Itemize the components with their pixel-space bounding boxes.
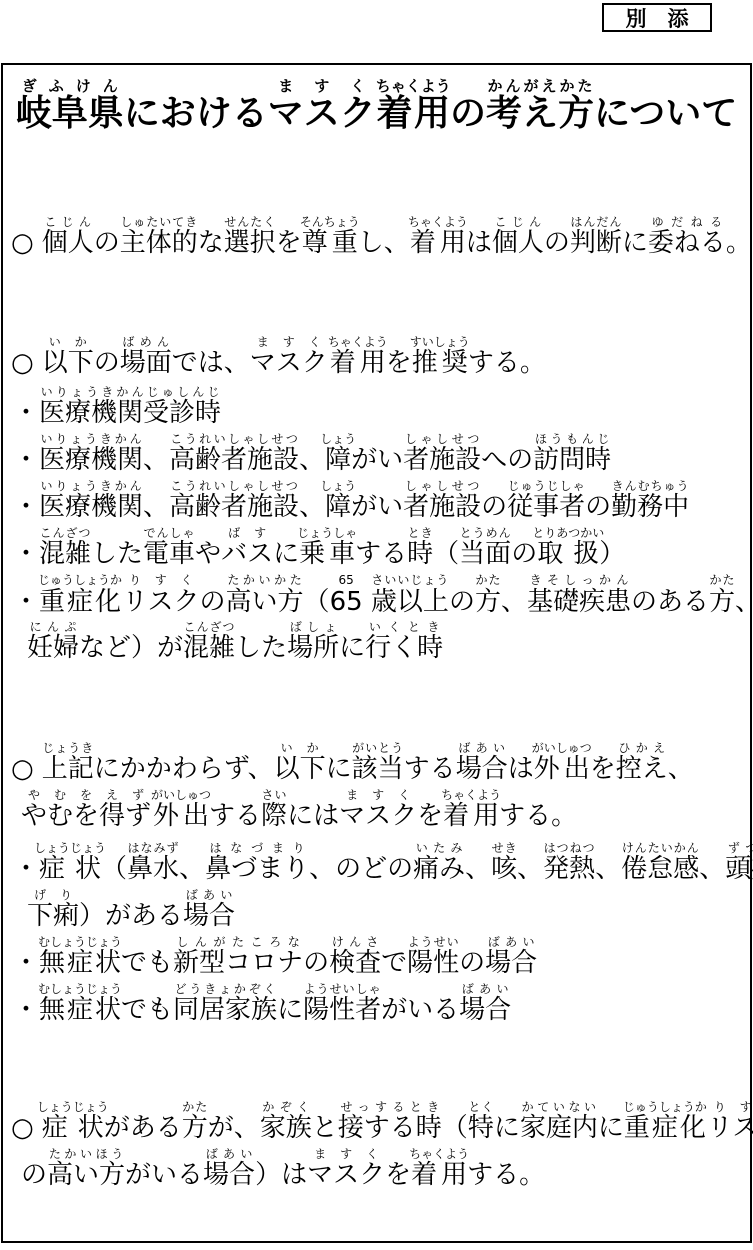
section-symptomatic-family-contact: ○症状しょうじょうがある方かたが、家族かぞくと接する時せっするとき（特とくに家庭… xyxy=(3,1100,750,1194)
plain-text: は xyxy=(466,228,492,258)
plain-text: など）が xyxy=(79,633,183,663)
ruby-text: 上記じょうき xyxy=(42,754,94,784)
ruby-text: 着用ちゃくよう xyxy=(443,801,499,831)
plain-text: ）は xyxy=(255,1160,307,1190)
ruby-text: マスクますく xyxy=(268,93,376,134)
plain-text: がある xyxy=(104,1113,182,1143)
plain-text: でも xyxy=(121,995,173,1025)
ruby-text: 以下いか xyxy=(42,348,94,378)
plain-text: に xyxy=(494,1113,520,1143)
ruby-text: 主体的しゅたいてき xyxy=(120,228,198,258)
plain-text: について xyxy=(594,93,737,134)
plain-text: （ xyxy=(101,854,127,884)
ruby-text: 基礎疾患きそしっかん xyxy=(527,587,631,617)
plain-text: （ xyxy=(433,539,459,569)
plain-text: の xyxy=(94,348,120,378)
ruby-text: 者施設しゃしせつ xyxy=(403,445,481,475)
dot-bullet-marker: ・ xyxy=(13,539,39,569)
circle-bullet-marker: ○ xyxy=(11,754,34,784)
ruby-text: 者施設しゃしせつ xyxy=(403,492,481,522)
ruby-text: 痛みいたみ xyxy=(413,854,465,884)
ruby-text: 家族かぞく xyxy=(260,1113,312,1143)
plain-text: の xyxy=(481,492,507,522)
plain-text: し、 xyxy=(358,228,410,258)
plain-text: 、 xyxy=(668,754,694,784)
text-line: 下痢げり）がある場合ばあい xyxy=(3,888,750,935)
text-line: ・医療機関いりょうきかん、高齢者施設こうれいしゃしせつ、障しょうがい者施設しゃし… xyxy=(3,479,750,526)
plain-text: がい xyxy=(351,492,403,522)
ruby-text: 医療機関いりょうきかん xyxy=(39,445,143,475)
text-line: ・医療機関いりょうきかん、高齢者施設こうれいしゃしせつ、障しょうがい者施設しゃし… xyxy=(3,432,750,479)
circle-bullet-marker: ○ xyxy=(11,348,34,378)
ruby-text: 着用ちゃくよう xyxy=(411,1160,467,1190)
ruby-text: 考え方かんがえかた xyxy=(486,93,594,134)
plain-text: する。 xyxy=(467,1160,545,1190)
plain-text: ）がある xyxy=(79,901,183,931)
ruby-text: 咳せき xyxy=(491,854,517,884)
circle-bullet-marker: ○ xyxy=(11,1113,34,1143)
section-mask-recommended-items: ・医療機関受診時いりょうきかんじゅしんじ・医療機関いりょうきかん、高齢者施設こう… xyxy=(3,385,750,667)
ruby-text: 無症状むしょうじょう xyxy=(39,948,121,978)
plain-text: の xyxy=(303,948,329,978)
ruby-text: 下痢げり xyxy=(27,901,79,931)
plain-text: 、 xyxy=(735,587,753,617)
ruby-text: 着用ちゃくよう xyxy=(410,228,466,258)
plain-text: で xyxy=(381,948,407,978)
ruby-text: 同居家族どうきょかぞく xyxy=(173,995,277,1025)
dot-bullet-marker: ・ xyxy=(13,587,39,617)
ruby-text: 個人こじん xyxy=(492,228,544,258)
ruby-text: 重症化じゅうしょうか xyxy=(624,1113,707,1143)
ruby-text: 勤務中きんむちゅう xyxy=(611,492,689,522)
ruby-text: リスクりすく xyxy=(122,587,199,617)
plain-text: や xyxy=(195,539,221,569)
plain-text: の xyxy=(200,587,226,617)
plain-text: が、 xyxy=(208,1113,260,1143)
plain-text: した xyxy=(235,633,287,663)
plain-text: （ xyxy=(442,1113,468,1143)
plain-text: に xyxy=(273,539,299,569)
text-line: ・医療機関受診時いりょうきかんじゅしんじ xyxy=(3,385,750,432)
ruby-text: 外出がいしゅつ xyxy=(151,801,209,831)
ruby-text: 陽性者ようせいしゃ xyxy=(303,995,381,1025)
ruby-text: 以下いか xyxy=(274,754,326,784)
circle-bullet-marker: ○ xyxy=(11,228,34,258)
plain-text: における xyxy=(124,93,268,134)
ruby-text: 選択せんたく xyxy=(224,228,276,258)
text-line: ・重症化じゅうしょうかリスクりすくの高い方たかいかた（6565 歳以上さいいじょ… xyxy=(3,573,750,620)
ruby-text: 取扱とりあつかい xyxy=(537,539,599,569)
plain-text: の xyxy=(585,492,611,522)
document-title: 岐阜県ぎふけんにおけるマスクますく着用ちゃくようの考え方かんがえかたについて xyxy=(3,77,750,137)
section-refrain-items: ・症状しょうじょう（鼻水はなみず、鼻づまりはなづまり、のどの痛みいたみ、咳せき、… xyxy=(3,841,750,1029)
ruby-text: 着用ちゃくよう xyxy=(376,93,450,134)
ruby-text: 判断はんだん xyxy=(570,228,622,258)
dot-bullet-marker: ・ xyxy=(13,995,39,1025)
ruby-text: 場所ばしょ xyxy=(287,633,339,663)
ruby-text: 方かた xyxy=(475,587,501,617)
plain-text: がいる xyxy=(381,995,459,1025)
ruby-text: 該当がいとう xyxy=(352,754,404,784)
text-line: ・無症状むしょうじょうでも新型コロナしんがたころなの検査けんさで陽性ようせいの場… xyxy=(3,935,750,982)
ruby-text: 行く時いくとき xyxy=(365,633,443,663)
plain-text: する xyxy=(404,754,456,784)
ruby-text: 混雑こんざつ xyxy=(183,633,235,663)
plain-text: を xyxy=(417,801,443,831)
text-line: ○症状しょうじょうがある方かたが、家族かぞくと接する時せっするとき（特とくに家庭… xyxy=(3,1100,750,1147)
ruby-text: 高齢者施設こうれいしゃしせつ xyxy=(169,445,299,475)
plain-text: では、 xyxy=(172,348,250,378)
ruby-text: 着用ちゃくよう xyxy=(328,348,386,378)
ruby-text: マスクますく xyxy=(250,348,328,378)
plain-text: に xyxy=(277,995,303,1025)
plain-text: 。 xyxy=(726,228,752,258)
plain-text: 、 xyxy=(699,854,725,884)
ruby-text: 6565 xyxy=(330,587,363,617)
text-line: ・無症状むしょうじょうでも同居家族どうきょかぞくに陽性者ようせいしゃがいる場合ば… xyxy=(3,982,750,1029)
plain-text: を xyxy=(276,228,302,258)
ruby-text: 陽性ようせい xyxy=(407,948,459,978)
ruby-text: 方かた xyxy=(709,587,735,617)
ruby-text: 推奨すいしょう xyxy=(412,348,468,378)
plain-text: を xyxy=(590,754,616,784)
ruby-text: 妊婦にんぷ xyxy=(27,633,79,663)
plain-text: 、 xyxy=(465,854,491,884)
ruby-text: 場面ばめん xyxy=(120,348,172,378)
ruby-text: 尊重そんちょう xyxy=(302,228,358,258)
ruby-text: 控えひかえ xyxy=(616,754,668,784)
ruby-text: 高齢者施設こうれいしゃしせつ xyxy=(169,492,299,522)
plain-text: 、 xyxy=(595,854,621,884)
document-content: ○個人こじんの主体的しゅたいてきな選択せんたくを尊重そんちょうし、着用ちゃくよう… xyxy=(3,215,750,1194)
ruby-text: 岐阜県ぎふけん xyxy=(16,93,124,134)
ruby-text: 際さい xyxy=(261,801,287,831)
plain-text: した xyxy=(91,539,143,569)
plain-text: には xyxy=(287,801,339,831)
ruby-text: 高い方たかいほう xyxy=(47,1160,125,1190)
plain-text: がいる xyxy=(125,1160,203,1190)
plain-text: 、 xyxy=(501,587,527,617)
plain-text: でも xyxy=(121,948,173,978)
plain-text: 、 xyxy=(143,445,169,475)
plain-text: に xyxy=(326,754,352,784)
plain-text: な xyxy=(198,228,224,258)
plain-text: の xyxy=(21,1160,47,1190)
ruby-text: 委ねるゆだねる xyxy=(648,228,726,258)
ruby-text: 時とき xyxy=(407,539,433,569)
plain-text: がい xyxy=(351,445,403,475)
plain-text xyxy=(363,587,371,617)
plain-text: の xyxy=(449,587,475,617)
ruby-text: 障しょう xyxy=(325,445,351,475)
ruby-text: 場合ばあい xyxy=(459,995,511,1025)
ruby-text: 新型コロナしんがたころな xyxy=(173,948,303,978)
ruby-text: 場合ばあい xyxy=(183,901,235,931)
ruby-text: 接する時せっするとき xyxy=(338,1113,442,1143)
plain-text: ） xyxy=(599,539,625,569)
ruby-text: 乗車じょうしゃ xyxy=(299,539,355,569)
plain-text: に xyxy=(622,228,648,258)
plain-text: （ xyxy=(304,587,330,617)
ruby-text: 障しょう xyxy=(325,492,351,522)
plain-text: への xyxy=(481,445,533,475)
plain-text: に xyxy=(339,633,365,663)
plain-text: する xyxy=(355,539,407,569)
ruby-text: リスクりすく xyxy=(707,1113,753,1143)
plain-text: の xyxy=(450,93,486,134)
ruby-text: マスクますく xyxy=(339,801,417,831)
text-line: の高い方たかいほうがいる場合ばあい）はマスクますくを着用ちゃくようする。 xyxy=(3,1147,750,1194)
plain-text: 、のどの xyxy=(309,854,413,884)
text-line: やむを得ずやむをえず外出がいしゅつする際さいにはマスクますくを着用ちゃくようする… xyxy=(3,788,750,835)
ruby-text: バスばす xyxy=(221,539,273,569)
plain-text: にかかわらず、 xyxy=(94,754,274,784)
document-border-box: 岐阜県ぎふけんにおけるマスクますく着用ちゃくようの考え方かんがえかたについて ○… xyxy=(1,63,752,1243)
ruby-text: 個人こじん xyxy=(42,228,94,258)
text-line: ○上記じょうきにかかわらず、以下いかに該当がいとうする場合ばあいは外出がいしゅつ… xyxy=(3,741,750,788)
plain-text: の xyxy=(94,228,120,258)
ruby-text: 従事者じゅうじしゃ xyxy=(507,492,585,522)
dot-bullet-marker: ・ xyxy=(13,445,39,475)
plain-text: は xyxy=(508,754,534,784)
ruby-text: 当面とうめん xyxy=(459,539,511,569)
ruby-text: 重症化じゅうしょうか xyxy=(39,587,122,617)
plain-text: を xyxy=(385,1160,411,1190)
text-line: ○以下いかの場面ばめんでは、マスクますく着用ちゃくようを推奨すいしょうする。 xyxy=(3,335,750,382)
ruby-text: 訪問時ほうもんじ xyxy=(533,445,611,475)
dot-bullet-marker: ・ xyxy=(13,398,39,428)
ruby-text: 症状しょうじょう xyxy=(39,854,101,884)
section-refrain-going-out: ○上記じょうきにかかわらず、以下いかに該当がいとうする場合ばあいは外出がいしゅつ… xyxy=(3,741,750,835)
plain-text: 、 xyxy=(179,854,205,884)
ruby-text: 高い方たかいかた xyxy=(226,587,304,617)
ruby-text: 方かた xyxy=(182,1113,208,1143)
text-line: ・症状しょうじょう（鼻水はなみず、鼻づまりはなづまり、のどの痛みいたみ、咳せき、… xyxy=(3,841,750,888)
ruby-text: 検査けんさ xyxy=(329,948,381,978)
ruby-text: 症状しょうじょう xyxy=(42,1113,104,1143)
plain-text: 、 xyxy=(517,854,543,884)
ruby-text: マスクますく xyxy=(307,1160,385,1190)
ruby-text: 鼻づまりはなづまり xyxy=(205,854,309,884)
plain-text: する。 xyxy=(468,348,546,378)
plain-text: を xyxy=(386,348,412,378)
ruby-text: 倦怠感けんたいかん xyxy=(621,854,699,884)
text-line: ○個人こじんの主体的しゅたいてきな選択せんたくを尊重そんちょうし、着用ちゃくよう… xyxy=(3,215,750,262)
ruby-text: 頭痛ずつう xyxy=(725,854,753,884)
ruby-text: 医療機関受診時いりょうきかんじゅしんじ xyxy=(39,398,221,428)
text-line: 妊婦にんぷなど）が混雑こんざつした場所ばしょに行く時いくとき xyxy=(3,620,750,667)
dot-bullet-marker: ・ xyxy=(13,492,39,522)
ruby-text: 歳以上さいいじょう xyxy=(371,587,449,617)
ruby-text: 場合ばあい xyxy=(203,1160,255,1190)
ruby-text: 鼻水はなみず xyxy=(127,854,179,884)
ruby-text: 混雑こんざつ xyxy=(39,539,91,569)
ruby-text: 医療機関いりょうきかん xyxy=(39,492,143,522)
ruby-text: 特とく xyxy=(468,1113,494,1143)
dot-bullet-marker: ・ xyxy=(13,948,39,978)
plain-text: する。 xyxy=(499,801,577,831)
plain-text: 、 xyxy=(143,492,169,522)
ruby-text: 外出がいしゅつ xyxy=(534,754,590,784)
ruby-text: やむを得ずやむをえず xyxy=(21,801,151,831)
section-individual-choice: ○個人こじんの主体的しゅたいてきな選択せんたくを尊重そんちょうし、着用ちゃくよう… xyxy=(3,215,750,262)
ruby-text: 無症状むしょうじょう xyxy=(39,995,121,1025)
plain-text: と xyxy=(312,1113,338,1143)
ruby-text: 家庭内かていない xyxy=(520,1113,598,1143)
attachment-label: 別 添 xyxy=(626,3,689,33)
ruby-text: 電車でんしゃ xyxy=(143,539,195,569)
ruby-text: 場合ばあい xyxy=(485,948,537,978)
attachment-label-box: 別 添 xyxy=(602,3,712,32)
ruby-text: 発熱はつねつ xyxy=(543,854,595,884)
plain-text: の xyxy=(544,228,570,258)
ruby-text: 場合ばあい xyxy=(456,754,508,784)
plain-text: する xyxy=(209,801,261,831)
section-mask-recommended-heading: ○以下いかの場面ばめんでは、マスクますく着用ちゃくようを推奨すいしょうする。 xyxy=(3,335,750,382)
text-line: ・混雑こんざつした電車でんしゃやバスばすに乗車じょうしゃする時とき（当面とうめん… xyxy=(3,526,750,573)
plain-text: に xyxy=(598,1113,624,1143)
plain-text: のある xyxy=(631,587,709,617)
plain-text: の xyxy=(459,948,485,978)
